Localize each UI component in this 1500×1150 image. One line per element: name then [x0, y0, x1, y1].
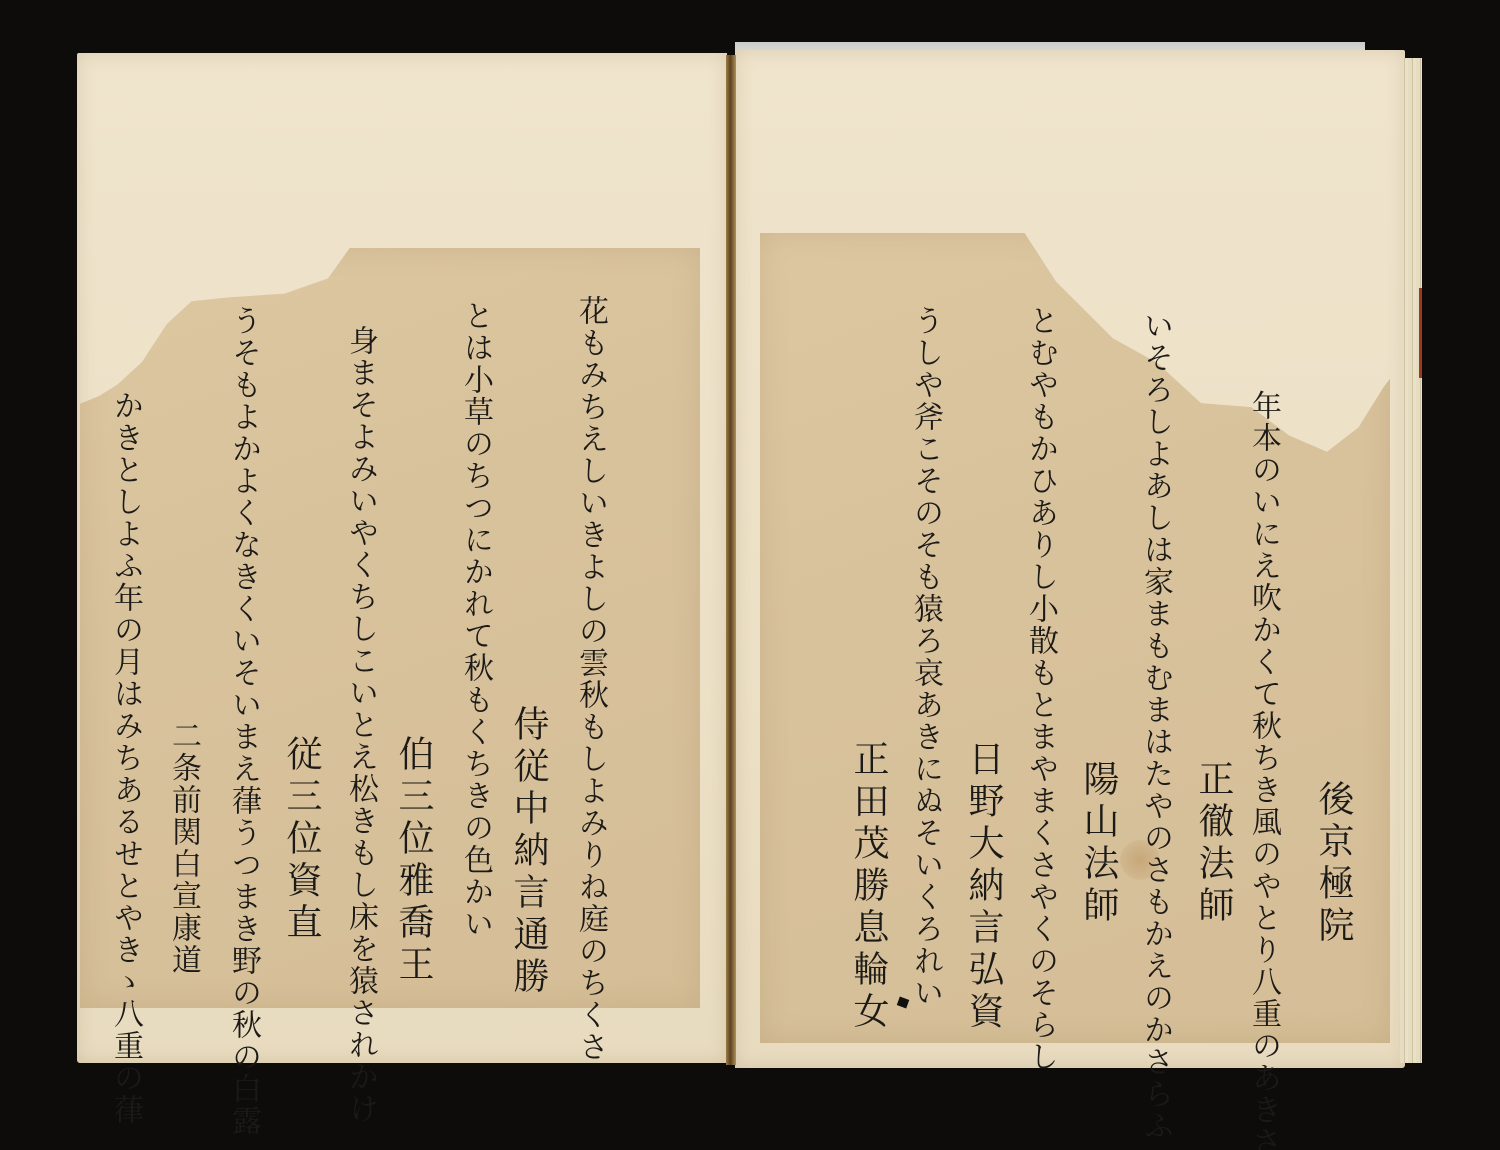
left-column-2-poet: 侍従中納言通勝 — [510, 705, 546, 999]
right-column-1-poet: 後京極院 — [1315, 780, 1351, 948]
left-column-1: 花もみちえしいきよしの雲秋もしよみりね庭のちくさ — [575, 295, 605, 865]
left-column-3: とは小草のちつにかれて秋もくちきの色かい — [460, 300, 490, 890]
page-stack-edge — [1400, 58, 1422, 1063]
right-column-4: いそろしよあしは家まもむまはたやのさもかえのかさらふ — [1140, 310, 1170, 990]
right-column-7-poet: 日野大納言弘資 — [965, 740, 1001, 1034]
red-page-edge — [1419, 288, 1422, 378]
right-column-6: とむやもかひありし小散もとまやまくさやくのそらし — [1025, 305, 1055, 1005]
left-column-5: 身まそよみいやくちしこいとえ松きもし床を猿されかけ — [345, 325, 375, 925]
book-gutter — [726, 55, 736, 1065]
left-column-9: かきとしよふ年の月はみちあるせとやきゝ八重の葎 — [110, 390, 140, 1040]
left-column-6-poet: 従三位資直 — [283, 735, 319, 945]
right-column-5-poet: 陽山法師 — [1080, 760, 1116, 928]
left-column-8-poet: 二条前関白宣康道 — [168, 720, 198, 976]
left-column-4-poet: 伯三位雅喬王 — [395, 735, 431, 987]
right-column-8: うしや斧こそのそも猿ろ哀あきにぬそいくろれい — [910, 305, 940, 1025]
right-column-2: 年本のいにえ吹かくて秋ちき風のやとり八重のあきさ — [1248, 390, 1278, 1010]
left-column-7: うそもよかよくなきくいそいまえ葎うつまき野の秋の白露 — [228, 305, 258, 1005]
open-book: 花もみちえしいきよしの雲秋もしよみりね庭のちくさ 侍従中納言通勝 とは小草のちつ… — [0, 0, 1500, 1150]
right-column-3-poet: 正徹法師 — [1195, 760, 1231, 928]
right-column-9-poet: 正田茂勝息輪女 — [850, 740, 886, 1034]
